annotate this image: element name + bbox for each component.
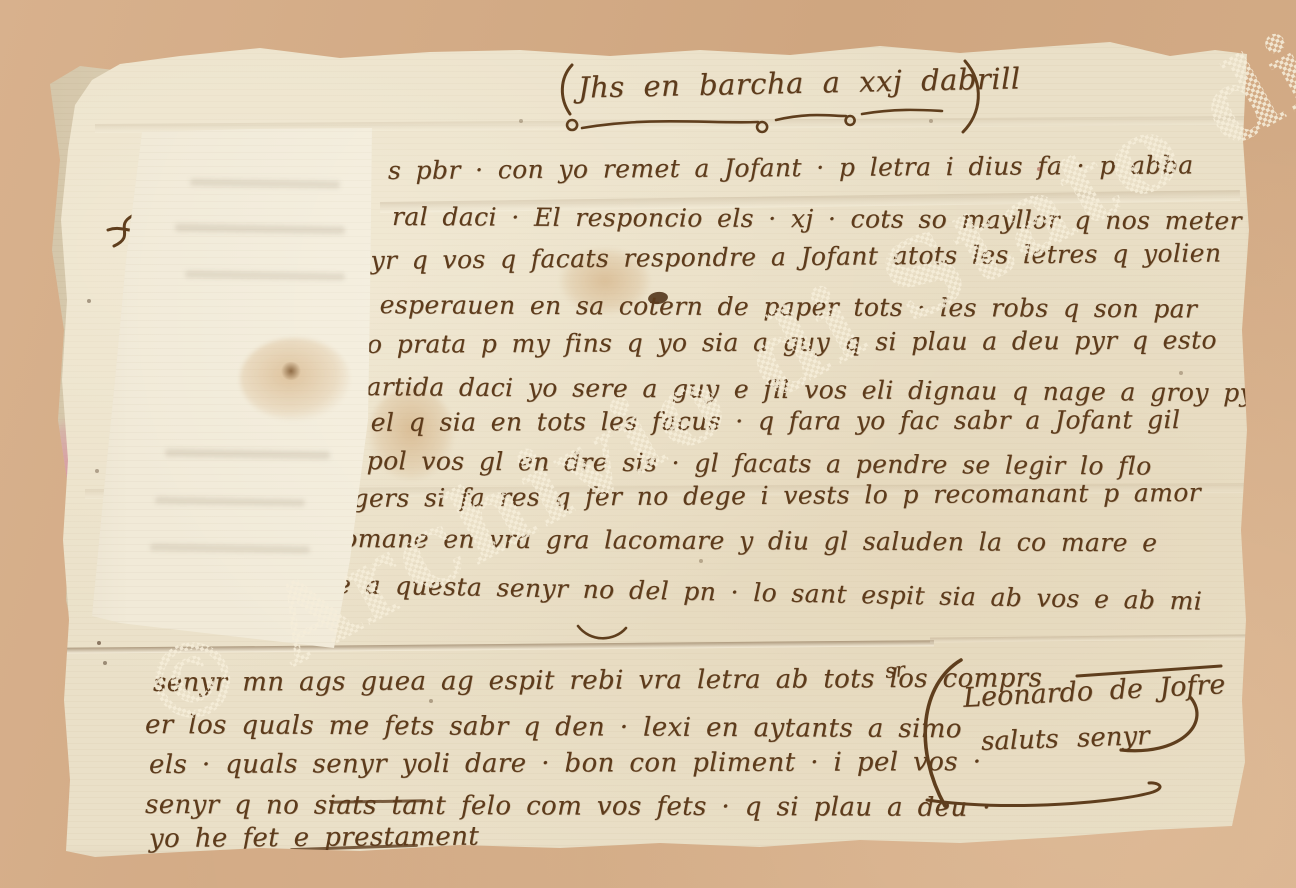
- ghost-text: [155, 497, 305, 507]
- manuscript-text-line: nyr q vos q facats respondre a Jofant at…: [354, 238, 1222, 275]
- signature-underline-flourish: [921, 780, 1171, 810]
- signature-block: sr Leonardo de Jofre saluts senyr: [885, 650, 1255, 820]
- ghost-text: [150, 544, 310, 554]
- closing-text-block: senyr mn ags guea ag espit rebi vra letr…: [145, 662, 945, 862]
- ghost-text: [185, 271, 345, 281]
- dateline: Jhs en barcha a xxj dabrill: [578, 61, 1021, 104]
- brown-stain-on-fold: [240, 338, 350, 420]
- body-text-block: s pbr · con yo remet a Jofant · p letra …: [330, 150, 1230, 630]
- signature-overline-flourish: [1075, 664, 1225, 680]
- manuscript-text-line: ngers si fa res q fer no dege i vests lo…: [336, 478, 1201, 513]
- brown-stain-core: [280, 362, 302, 380]
- manuscript-text-line: els · quals senyr yoli dare · bon con pl…: [149, 747, 981, 780]
- manuscript-text-line: senyr q no siats tant felo com vos fets …: [145, 790, 991, 823]
- manuscript-text-line: i pol vos gl en dre sis · gl facats a pe…: [344, 446, 1152, 481]
- fly-specks: [0, 0, 2, 2]
- manuscript-text-line: s pbr · con yo remet a Jofant · p letra …: [388, 150, 1194, 185]
- pen-flourish: [574, 622, 630, 644]
- manuscript-text-line: er los quals me fets sabr q den · lexi e…: [145, 710, 962, 744]
- manuscript-text-line: ral daci · El responcio els · xj · cots …: [392, 202, 1242, 235]
- ghost-text: [165, 449, 330, 460]
- scanned-manuscript-letter: Jhs en barcha a xxj dabrill s pbr · con …: [0, 0, 1296, 888]
- lower-flap-edge-faint: [930, 634, 1246, 642]
- ghost-text: [190, 179, 340, 189]
- manuscript-text-line: nco prata p my fins q yo sia a guy q si …: [336, 325, 1217, 359]
- header-underline-flourish: [562, 102, 982, 142]
- manuscript-text-line: q el q sia en tots les facus · q fara yo…: [340, 405, 1180, 437]
- signature-salute: saluts senyr: [981, 721, 1151, 757]
- manuscript-text-line: a esperauen en sa cotern de paper tots ·…: [350, 290, 1197, 323]
- ghost-text: [175, 224, 345, 235]
- manuscript-text-line: partida daci yo sere a guy e fil vos eli…: [350, 372, 1254, 407]
- manuscript-text-line: e a questa senyr no del pn · lo sant esp…: [336, 570, 1203, 616]
- manuscript-text-line: romane en vra gra lacomare y diu gl salu…: [330, 524, 1158, 557]
- lower-flap-edge: [62, 640, 934, 654]
